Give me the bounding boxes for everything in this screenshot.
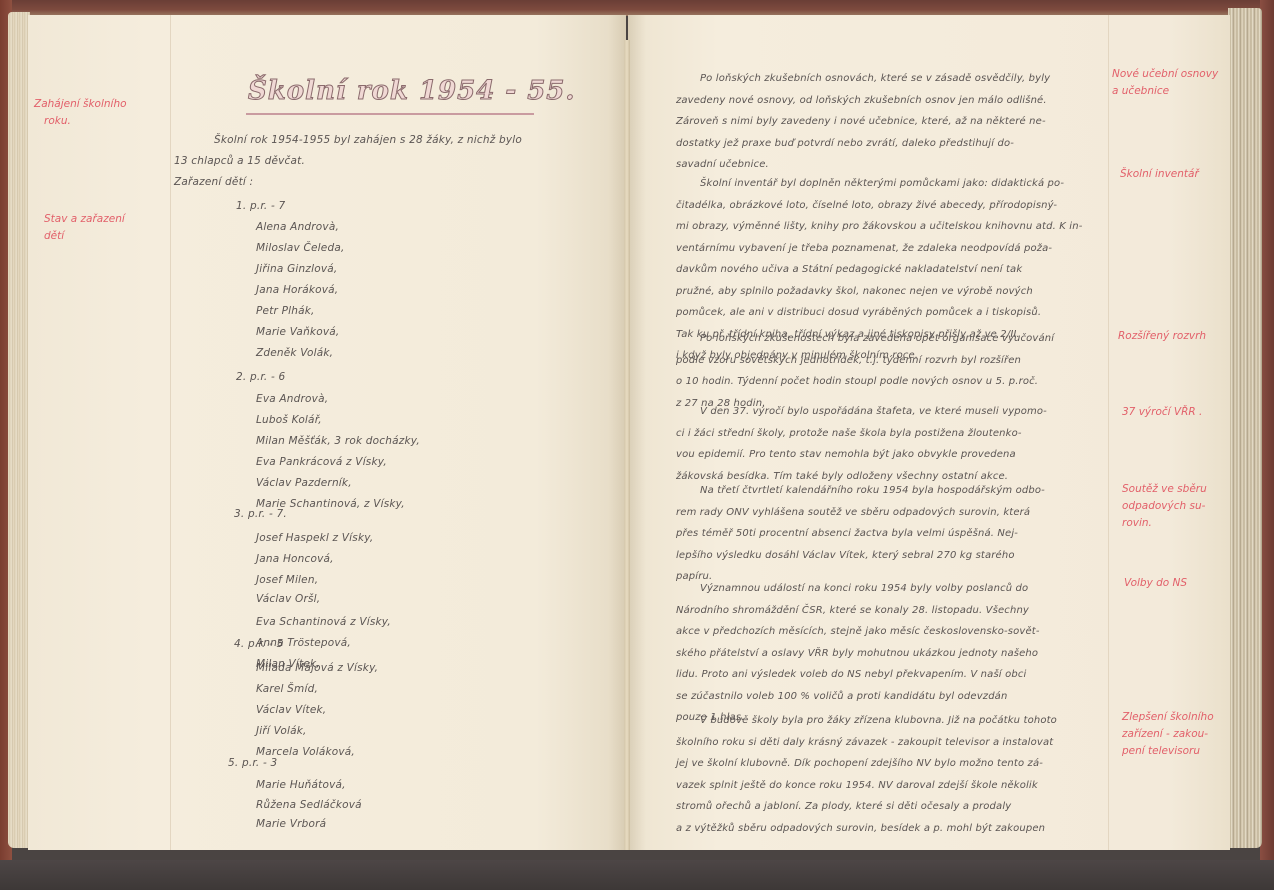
paragraph-collection-contest: Na třetí čtvrtletí kalendářního roku 195… <box>676 480 1106 588</box>
book-gutter <box>624 40 630 850</box>
student-name: Eva Androvà, <box>256 393 328 405</box>
page-title: Školní rok 1954 - 55. <box>248 76 575 106</box>
student-name: Alena Androvà, <box>256 221 339 233</box>
margin-note-line: rovin. <box>1122 515 1207 532</box>
text-line: ského přátelství a oslavy VŘR byly mohut… <box>676 643 1106 665</box>
student-name: Marie Vrborá <box>256 818 326 830</box>
text-line: V den 37. výročí bylo uspořádána štafeta… <box>676 401 1106 423</box>
text-line: Po loňských zkušenostech byla zavedena o… <box>676 328 1106 350</box>
student-name: Jana Honcová, <box>256 553 334 565</box>
margin-note-elections: Volby do NS <box>1124 575 1187 592</box>
class-heading: 5. p.r. - 3 <box>228 757 277 769</box>
margin-note-line: Volby do NS <box>1124 575 1187 592</box>
student-name: Václav Oršl, <box>256 593 320 605</box>
text-line: o 10 hodin. Týdenní počet hodin stoupl p… <box>676 371 1106 393</box>
text-line: ventárnímu vybavení je třeba poznamenat,… <box>676 238 1106 260</box>
margin-note-line: Nové učební osnovy <box>1112 66 1218 83</box>
text-line: Školní inventář byl doplněn některými po… <box>676 173 1106 195</box>
student-name: Jana Horáková, <box>256 284 338 296</box>
class-heading: 2. p.r. - 6 <box>236 371 285 383</box>
paragraph-anniversary: V den 37. výročí bylo uspořádána štafeta… <box>676 401 1106 487</box>
text-line: Národního shromáždění ČSR, které se kona… <box>676 600 1106 622</box>
student-name: Milada Májová z Vísky, <box>256 662 378 674</box>
text-line: akce v předchozích měsících, stejně jako… <box>676 621 1106 643</box>
title-underline <box>246 113 534 115</box>
student-name: Václav Pazderník, <box>256 477 352 489</box>
class-heading: 4. p.r. - 5 <box>234 638 283 650</box>
intro-line: Školní rok 1954-1955 byl zahájen s 28 žá… <box>214 134 522 146</box>
student-name: Marie Vaňková, <box>256 326 339 338</box>
margin-note-anniversary: 37 výročí VŘR . <box>1122 404 1202 421</box>
student-name: Josef Milen, <box>256 574 318 586</box>
margin-note-line: Stav a zařazení <box>44 211 125 228</box>
text-line: vazek splnit ještě do konce roku 1954. N… <box>676 775 1106 797</box>
text-line: se zúčastnilo voleb 100 % voličů a proti… <box>676 686 1106 708</box>
paragraph-elections: Významnou událostí na konci roku 1954 by… <box>676 578 1106 729</box>
book-cover-right <box>1260 0 1274 870</box>
text-line: školního roku si děti daly krásný závaze… <box>676 732 1106 754</box>
student-name: Eva Schantinová z Vísky, <box>256 616 391 628</box>
margin-note-line: Rozšířený rozvrh <box>1118 328 1206 345</box>
student-name: Luboš Kolář, <box>256 414 322 426</box>
class-heading: 1. p.r. - 7 <box>236 200 285 212</box>
student-name: Václav Vítek, <box>256 704 326 716</box>
text-line: dostatky jež praxe buď potvrdí nebo zvrá… <box>676 133 1106 155</box>
margin-note-school-year-start: Zahájení školního roku. <box>34 96 127 130</box>
margin-note-school-inventory: Školní inventář <box>1120 166 1199 183</box>
text-line: pružné, aby splnilo požadavky škol, nako… <box>676 281 1106 303</box>
margin-note-tv-purchase: Zlepšení školního zařízení - zakou- pení… <box>1122 709 1214 760</box>
book-cover-top <box>0 0 1274 16</box>
text-line: Na třetí čtvrtletí kalendářního roku 195… <box>676 480 1106 502</box>
student-name: Jiřina Ginzlová, <box>256 263 337 275</box>
text-line: podle vzoru sovětských jednotřídek, t.j.… <box>676 350 1106 372</box>
text-line: vou epidemií. Pro tento stav nemohla být… <box>676 444 1106 466</box>
intro-line: 13 chlapců a 15 děvčat. <box>174 155 305 167</box>
left-margin-line <box>170 15 171 850</box>
student-name: Miloslav Čeleda, <box>256 242 345 254</box>
margin-note-line: dětí <box>44 228 125 245</box>
text-line: přes téměř 50ti procentní absenci žactva… <box>676 523 1106 545</box>
student-name: Jiří Volák, <box>256 725 307 737</box>
page-edges-left <box>8 12 30 848</box>
margin-note-children-status: Stav a zařazení dětí <box>44 211 125 245</box>
margin-note-line: a učebnice <box>1112 83 1218 100</box>
text-line: V budově školy byla pro žáky zřízena klu… <box>676 710 1106 732</box>
text-line: a z výtěžků sběru odpadových surovin, be… <box>676 818 1106 840</box>
class-heading: 3. p.r. - 7. <box>234 508 287 520</box>
margin-note-collection-contest: Soutěž ve sběru odpadových su- rovin. <box>1122 481 1207 532</box>
student-name: Milan Měšťák, 3 rok docházky, <box>256 435 420 447</box>
text-line: Významnou událostí na konci roku 1954 by… <box>676 578 1106 600</box>
paragraph-new-curriculum: Po loňských zkušebních osnovách, které s… <box>676 68 1106 176</box>
text-line: Po loňských zkušebních osnovách, které s… <box>676 68 1106 90</box>
text-line: čitadélka, obrázkové loto, číselné loto,… <box>676 195 1106 217</box>
book-cover-bottom <box>0 860 1274 890</box>
student-name: Josef Haspekl z Vísky, <box>256 532 373 544</box>
margin-note-line: Zahájení školního <box>34 96 127 113</box>
text-line: pomůcek, ale ani v distribuci dosud vyrá… <box>676 302 1106 324</box>
text-line: lepšího výsledku dosáhl Václav Vítek, kt… <box>676 545 1106 567</box>
margin-note-line: 37 výročí VŘR . <box>1122 404 1202 421</box>
paragraph-clubroom: V budově školy byla pro žáky zřízena klu… <box>676 710 1106 839</box>
margin-note-line: Zlepšení školního <box>1122 709 1214 726</box>
intro-line: Zařazení dětí : <box>174 176 253 188</box>
margin-note-new-curriculum: Nové učební osnovy a učebnice <box>1112 66 1218 100</box>
student-name: Eva Pankrácová z Vísky, <box>256 456 387 468</box>
text-line: davkům nového učiva a Státní pedagogické… <box>676 259 1106 281</box>
student-name: Petr Plhák, <box>256 305 315 317</box>
text-line: mi obrazy, výměnné lišty, knihy pro žáko… <box>676 216 1106 238</box>
margin-note-line: Soutěž ve sběru <box>1122 481 1207 498</box>
text-line: zavedeny nové osnovy, od loňských zkušeb… <box>676 90 1106 112</box>
margin-note-extended-schedule: Rozšířený rozvrh <box>1118 328 1206 345</box>
student-name: Marie Huňátová, <box>256 779 346 791</box>
text-line: rem rady ONV vyhlášena soutěž ve sběru o… <box>676 502 1106 524</box>
margin-note-line: Školní inventář <box>1120 166 1199 183</box>
margin-note-line: pení televisoru <box>1122 743 1214 760</box>
text-line: lidu. Proto ani výsledek voleb do NS neb… <box>676 664 1106 686</box>
student-name: Růžena Sedláčková <box>256 799 362 811</box>
student-name: Zdeněk Volák, <box>256 347 333 359</box>
text-line: stromů ořechů a jabloní. Za plody, které… <box>676 796 1106 818</box>
text-line: jej ve školní klubovně. Dík pochopení zd… <box>676 753 1106 775</box>
right-margin-line <box>1108 15 1109 850</box>
student-name: Karel Šmíd, <box>256 683 318 695</box>
text-line: ci i žáci střední školy, protože naše šk… <box>676 423 1106 445</box>
margin-note-line: zařízení - zakou- <box>1122 726 1214 743</box>
page-edges-right <box>1228 8 1262 848</box>
margin-note-line: roku. <box>34 113 127 130</box>
text-line: Zároveň s nimi byly zavedeny i nové učeb… <box>676 111 1106 133</box>
margin-note-line: odpadových su- <box>1122 498 1207 515</box>
